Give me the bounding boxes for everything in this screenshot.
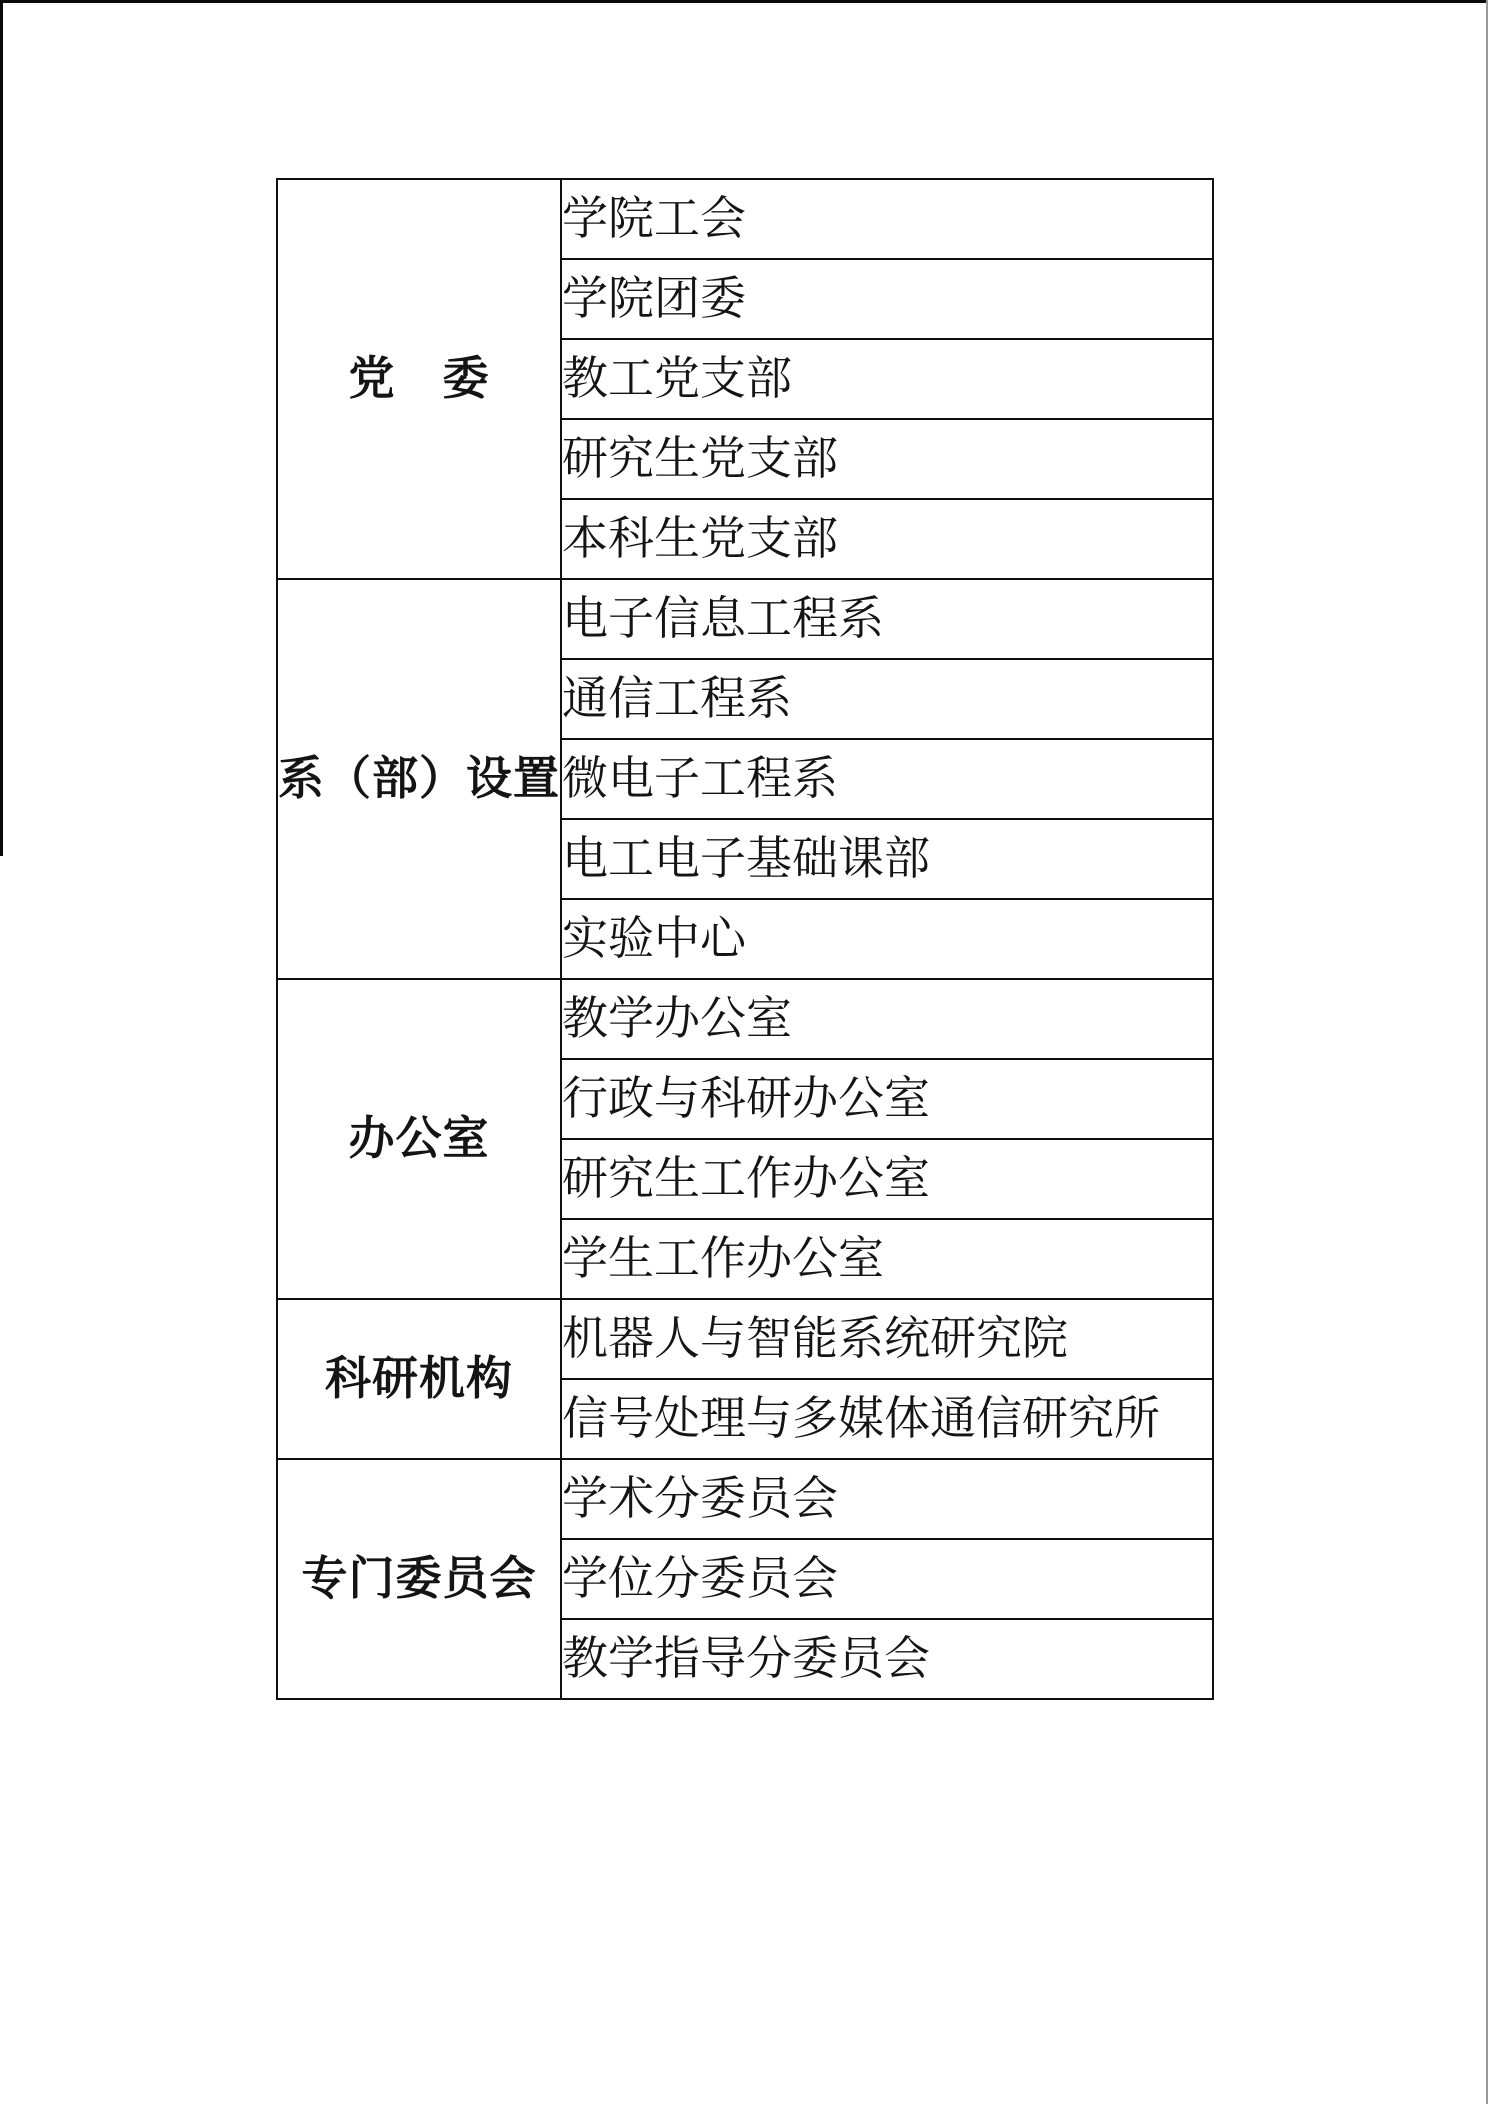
item-cell: 微电子工程系 — [561, 739, 1213, 819]
item-cell: 机器人与智能系统研究院 — [561, 1299, 1213, 1379]
item-cell: 电子信息工程系 — [561, 579, 1213, 659]
item-cell: 学生工作办公室 — [561, 1219, 1213, 1299]
org-structure-table: 党 委 学院工会 学院团委 教工党支部 研究生党支部 本科生党支部 系（部）设置… — [276, 178, 1214, 1700]
item-cell: 本科生党支部 — [561, 499, 1213, 579]
page: { "page": { "background": "#ffffff", "bo… — [0, 0, 1488, 2104]
table-row: 专门委员会 学术分委员会 — [277, 1459, 1213, 1539]
item-cell: 信号处理与多媒体通信研究所 — [561, 1379, 1213, 1459]
item-cell: 学院团委 — [561, 259, 1213, 339]
group-label-cell: 党 委 — [277, 179, 561, 579]
item-cell: 研究生党支部 — [561, 419, 1213, 499]
item-cell: 行政与科研办公室 — [561, 1059, 1213, 1139]
item-cell: 研究生工作办公室 — [561, 1139, 1213, 1219]
table-row: 办公室 教学办公室 — [277, 979, 1213, 1059]
item-cell: 实验中心 — [561, 899, 1213, 979]
scan-edge-top — [0, 0, 1488, 3]
item-cell: 学术分委员会 — [561, 1459, 1213, 1539]
item-cell: 学院工会 — [561, 179, 1213, 259]
item-cell: 教学指导分委员会 — [561, 1619, 1213, 1699]
group-label-cell: 系（部）设置 — [277, 579, 561, 979]
table-row: 党 委 学院工会 — [277, 179, 1213, 259]
item-cell: 教学办公室 — [561, 979, 1213, 1059]
scan-edge-left — [0, 0, 3, 856]
group-label-cell: 科研机构 — [277, 1299, 561, 1459]
table-row: 科研机构 机器人与智能系统研究院 — [277, 1299, 1213, 1379]
group-label-cell: 办公室 — [277, 979, 561, 1299]
item-cell: 教工党支部 — [561, 339, 1213, 419]
group-label-cell: 专门委员会 — [277, 1459, 561, 1699]
item-cell: 通信工程系 — [561, 659, 1213, 739]
item-cell: 学位分委员会 — [561, 1539, 1213, 1619]
item-cell: 电工电子基础课部 — [561, 819, 1213, 899]
table-row: 系（部）设置 电子信息工程系 — [277, 579, 1213, 659]
